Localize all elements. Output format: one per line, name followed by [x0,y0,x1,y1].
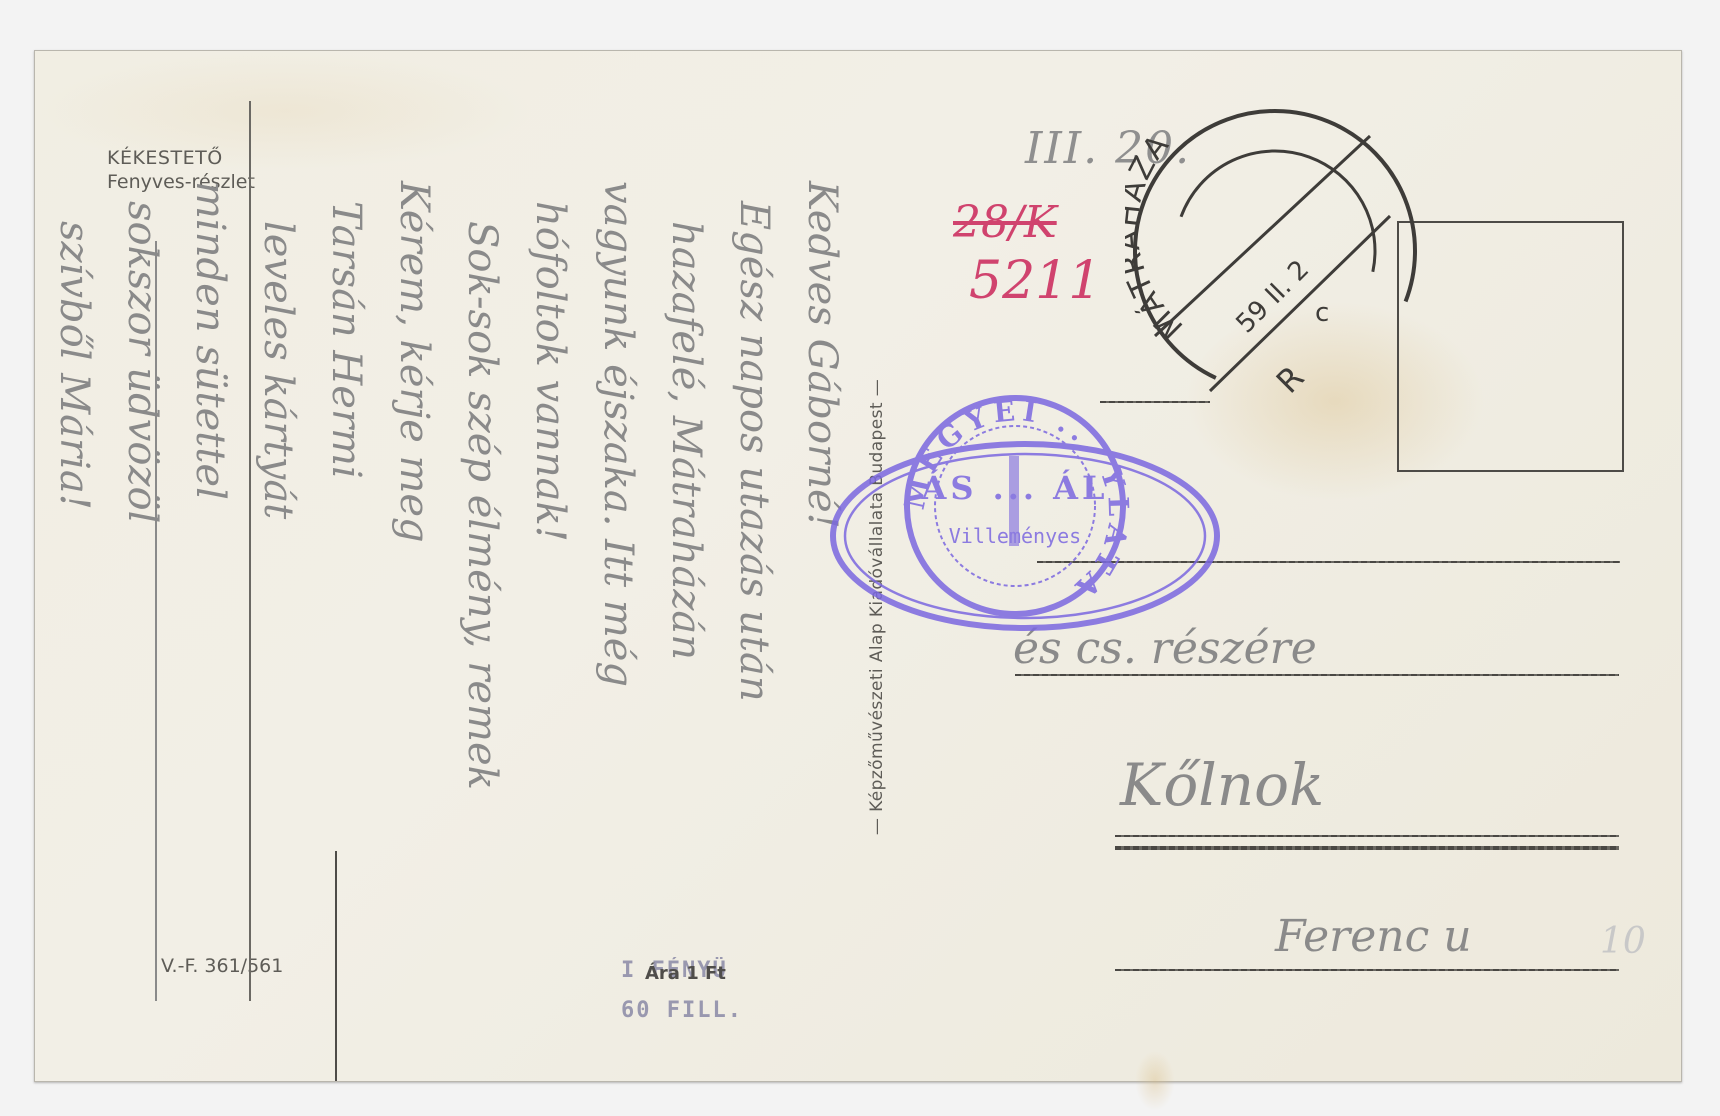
postmark-code-top: c [1315,298,1329,328]
address-number: 10 [1600,921,1646,962]
red-crossed-note: 28/K [953,197,1057,248]
price-label: Ára 1 Ft [645,963,726,984]
message-line: Sok-sok szép élmény, remek [459,221,505,790]
message-line: Kérem, kérje meg [391,181,437,543]
postmark-code-bottom: R [1269,358,1312,401]
address-street: Ferenc u [1275,911,1472,962]
pencil-line [335,851,337,1081]
pencil-divider-line [249,101,251,1001]
paper-stain [1135,1051,1175,1111]
postmark-town: MÁTRAHÁZA [1125,127,1190,346]
message-line: hazafelé, Mátraházán [663,221,709,660]
overprint-line-2: 60 FILL. [621,991,743,1031]
message-line: szívből Mária! [51,221,97,510]
message-line: hófoltok vannak! [527,201,573,542]
stamp-inner-text: Villeményes [949,524,1081,548]
address-line-3 [1015,674,1619,676]
svg-text:MÁTRAHÁZA: MÁTRAHÁZA [1125,127,1190,346]
message-line: sokszor üdvözöl [119,201,165,523]
message-line: leveles kártyát [255,221,301,519]
message-line: Tarsán Hermi [323,201,369,479]
address-line-4 [1115,835,1619,837]
message-line: vagyunk éjszaka. Itt még [595,181,641,687]
matrahaza-postmark: MÁTRAHÁZA 59 II. 2 c R [1125,91,1455,411]
message-line: minden sütettel [187,181,233,500]
address-city: Kőlnok [1120,751,1324,819]
red-number-note: 5211 [969,251,1101,311]
postcard-back: KÉKESTETŐ Fenyves-részlet V.-F. 361/561 … [34,50,1682,1082]
location-title: KÉKESTETŐ [107,147,223,169]
serial-number: V.-F. 361/561 [161,955,283,977]
purple-customs-stamp: MEGYEI ... YLATANOK ÁS ... ÁL Villeménye… [815,371,1235,661]
address-line-4-double [1115,846,1619,850]
postmark-date: 59 II. 2 [1230,255,1315,340]
address-line-5 [1115,969,1619,971]
message-line: Egész napos utazás után [731,201,777,702]
